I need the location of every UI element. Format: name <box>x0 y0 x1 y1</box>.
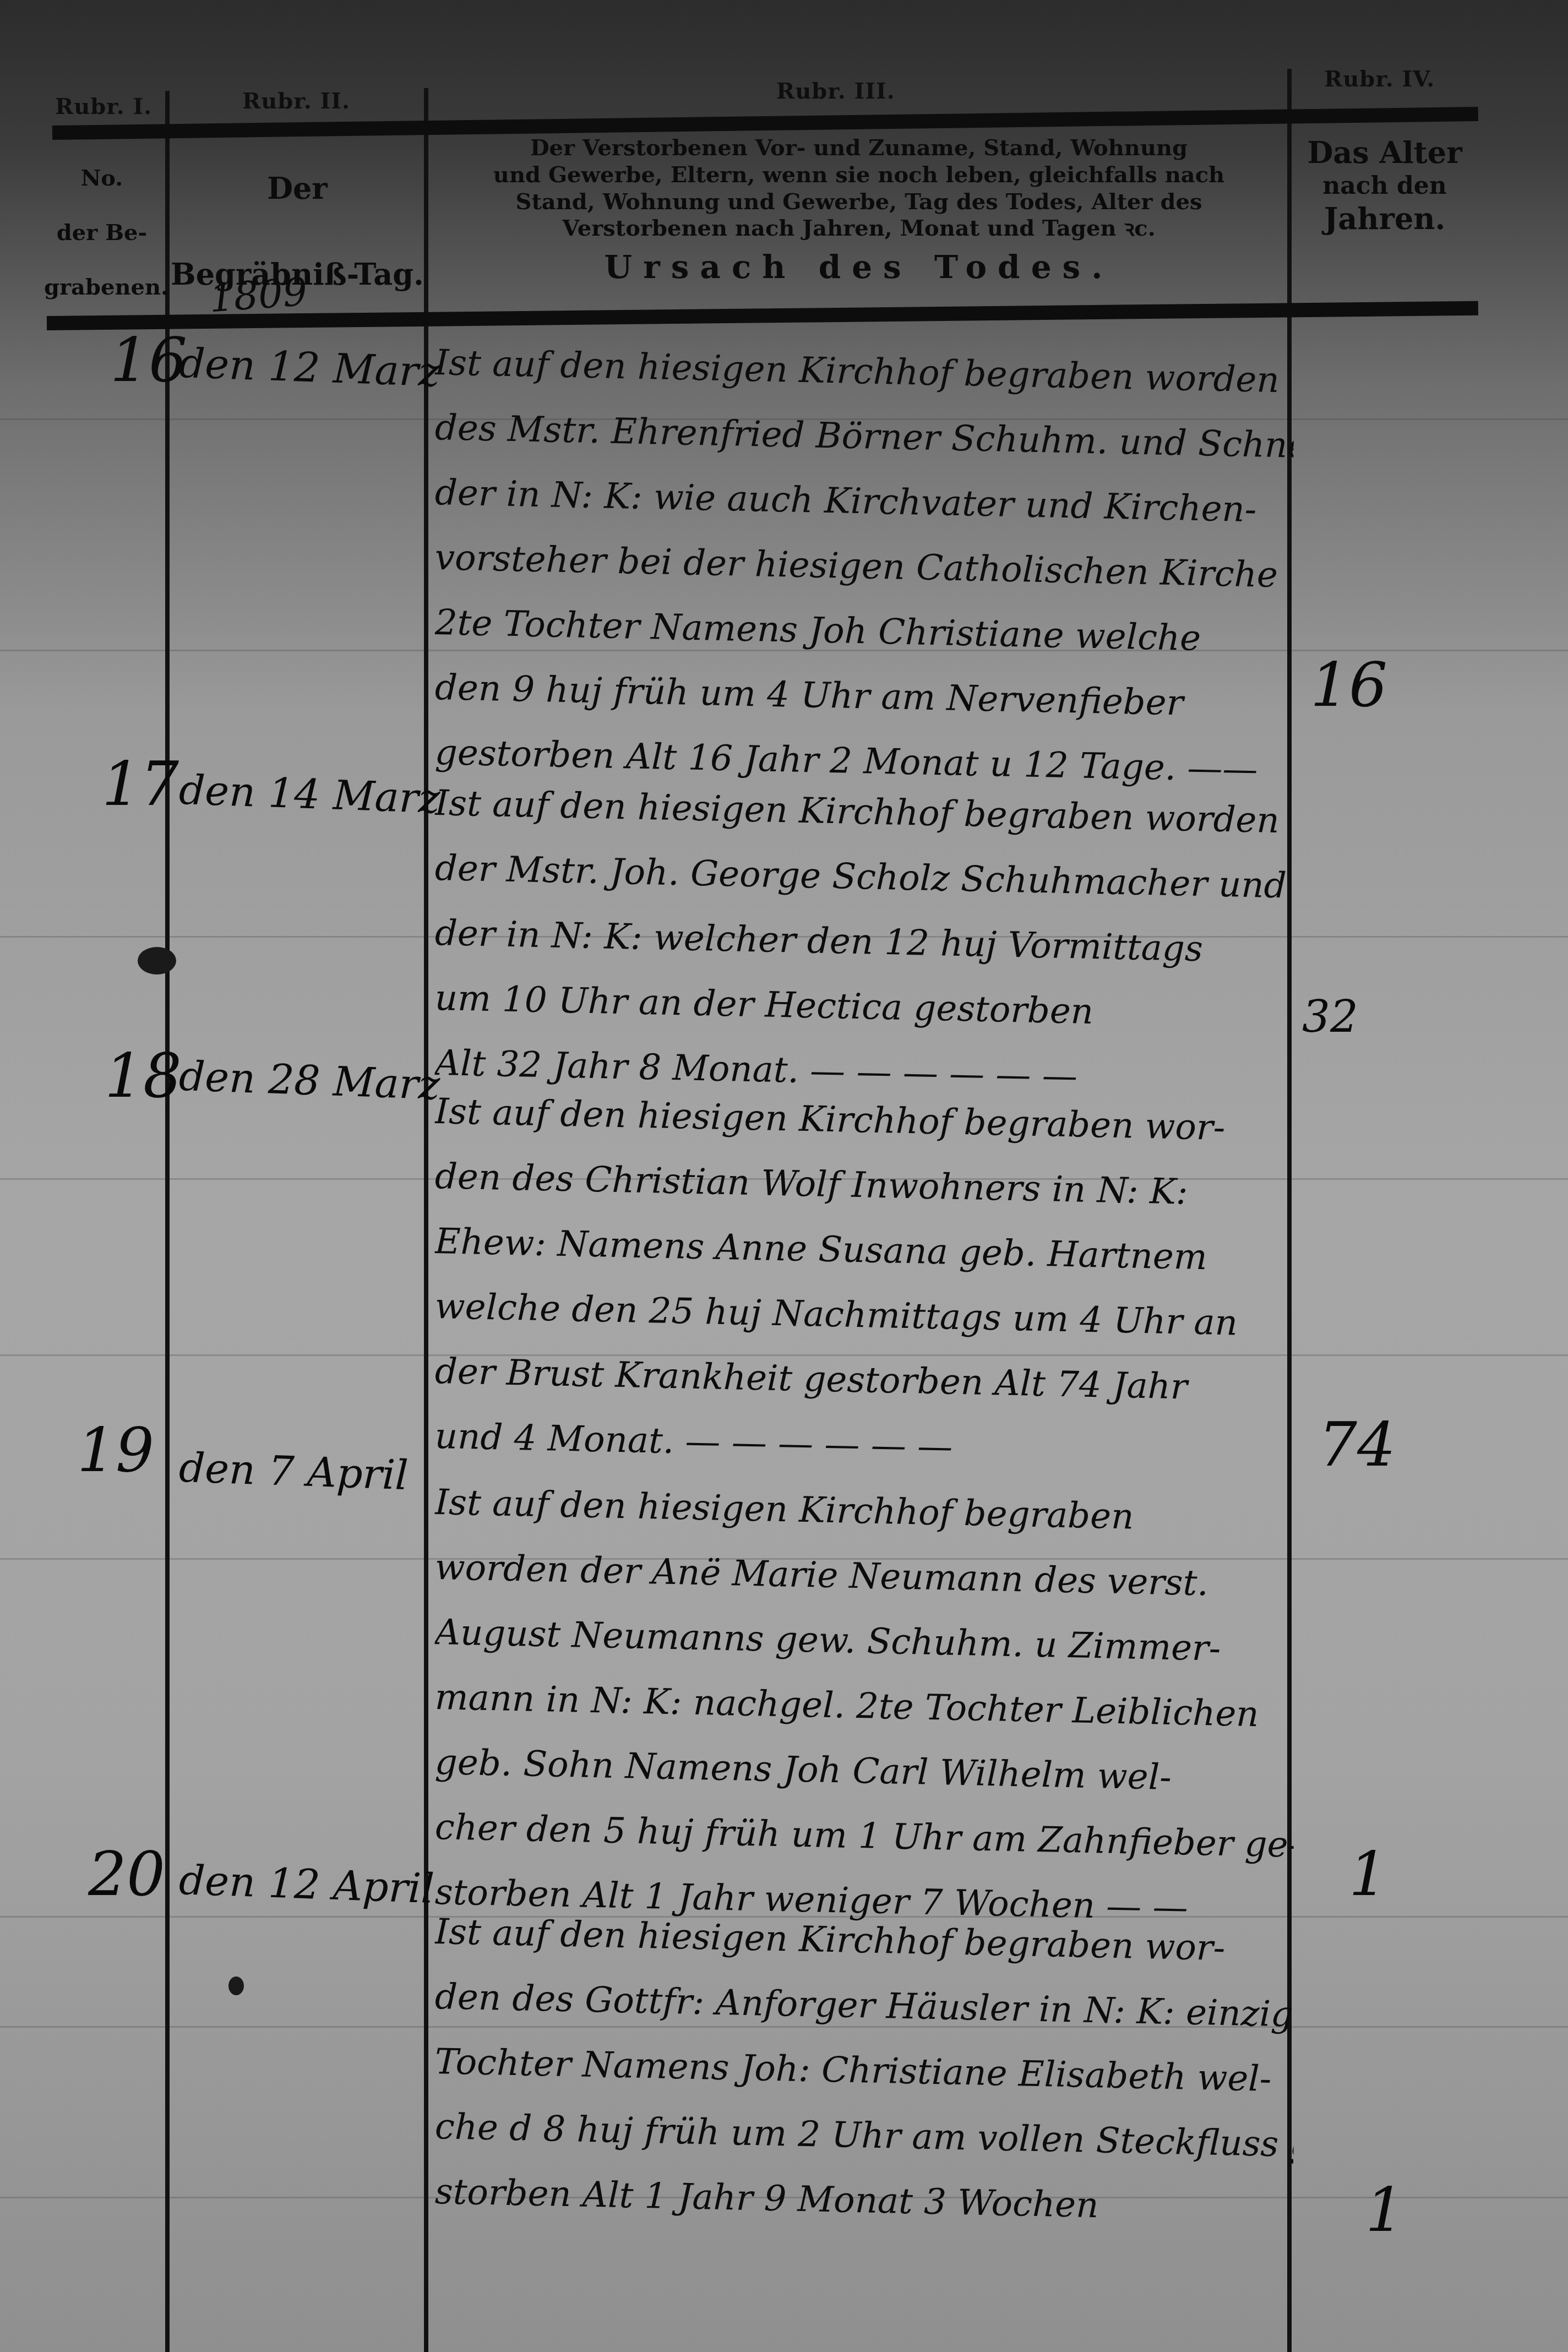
column-2-header-line: Der <box>171 171 424 207</box>
column-3-header-line: Der Verstorbenen Vor- und Zuname, Stand,… <box>435 135 1283 162</box>
age-in-years: 16 <box>1310 650 1387 720</box>
column-1-header-line: No. <box>44 165 160 192</box>
entry-text: Ist auf den hiesigen Kirchhof begraben w… <box>435 771 1294 1096</box>
entry-text: Ist auf den hiesigen Kirchhof begraben w… <box>435 1470 1294 1925</box>
burial-date: den 12 April <box>178 1856 435 1913</box>
entry-text: Ist auf den hiesigen Kirchhof begraben w… <box>435 1899 1294 2224</box>
rubric-3-label: Rubr. III. <box>776 78 895 104</box>
rubric-1-label: Rubr. I. <box>55 94 152 119</box>
column-3-header-line: Verstorbenen nach Jahren, Monat und Tage… <box>435 215 1283 242</box>
rubric-4-label: Rubr. IV. <box>1324 66 1435 92</box>
entry-number: 16 <box>110 325 187 395</box>
column-3-header-line: und Gewerbe, Eltern, wenn sie noch leben… <box>435 162 1283 189</box>
burial-date: den 12 Marz <box>178 340 441 396</box>
column-1-header-line: grabenen. <box>44 274 160 301</box>
cause-of-death-header: Ursach des Todes. <box>435 248 1283 287</box>
entry-text: Ist auf den hiesigen Kirchhof begraben w… <box>435 330 1294 785</box>
burial-date: den 14 Marz <box>178 766 441 823</box>
column-4-header: Das Alter nach den Jahren. <box>1294 135 1476 237</box>
ink-blot <box>138 947 176 974</box>
entry-number: 20 <box>88 1839 165 1909</box>
age-in-years: 1 <box>1349 1839 1387 1909</box>
column-4-header-line: Das Alter <box>1294 135 1476 171</box>
age-in-years: 32 <box>1302 991 1358 1042</box>
entry-number: 17 <box>102 749 179 819</box>
register-page: Rubr. I. Rubr. II. Rubr. III. Rubr. IV. … <box>0 0 1568 2352</box>
entry-number: 18 <box>105 1041 182 1111</box>
column-divider-1 <box>165 91 170 2352</box>
column-3-header-line: Stand, Wohnung und Gewerbe, Tag des Tode… <box>435 189 1283 216</box>
column-3-header: Der Verstorbenen Vor- und Zuname, Stand,… <box>435 135 1283 287</box>
rubric-2-label: Rubr. II. <box>242 88 350 114</box>
burial-date: den 7 April <box>178 1444 409 1499</box>
ink-blot <box>228 1977 244 1995</box>
column-4-header-line: Jahren. <box>1294 201 1476 237</box>
column-1-header-line: der Be- <box>44 220 160 247</box>
age-in-years: 1 <box>1365 2175 1404 2245</box>
column-1-header: No. der Be- grabenen. <box>44 165 160 301</box>
age-in-years: 74 <box>1319 1409 1396 1480</box>
column-4-header-line: nach den <box>1294 171 1476 201</box>
entry-number: 19 <box>77 1415 154 1485</box>
burial-date: den 28 Marz <box>178 1053 441 1109</box>
column-divider-2 <box>424 88 428 2352</box>
entry-text: Ist auf den hiesigen Kirchhof begraben w… <box>435 1079 1294 1469</box>
year-annotation: 1809 <box>208 269 308 321</box>
